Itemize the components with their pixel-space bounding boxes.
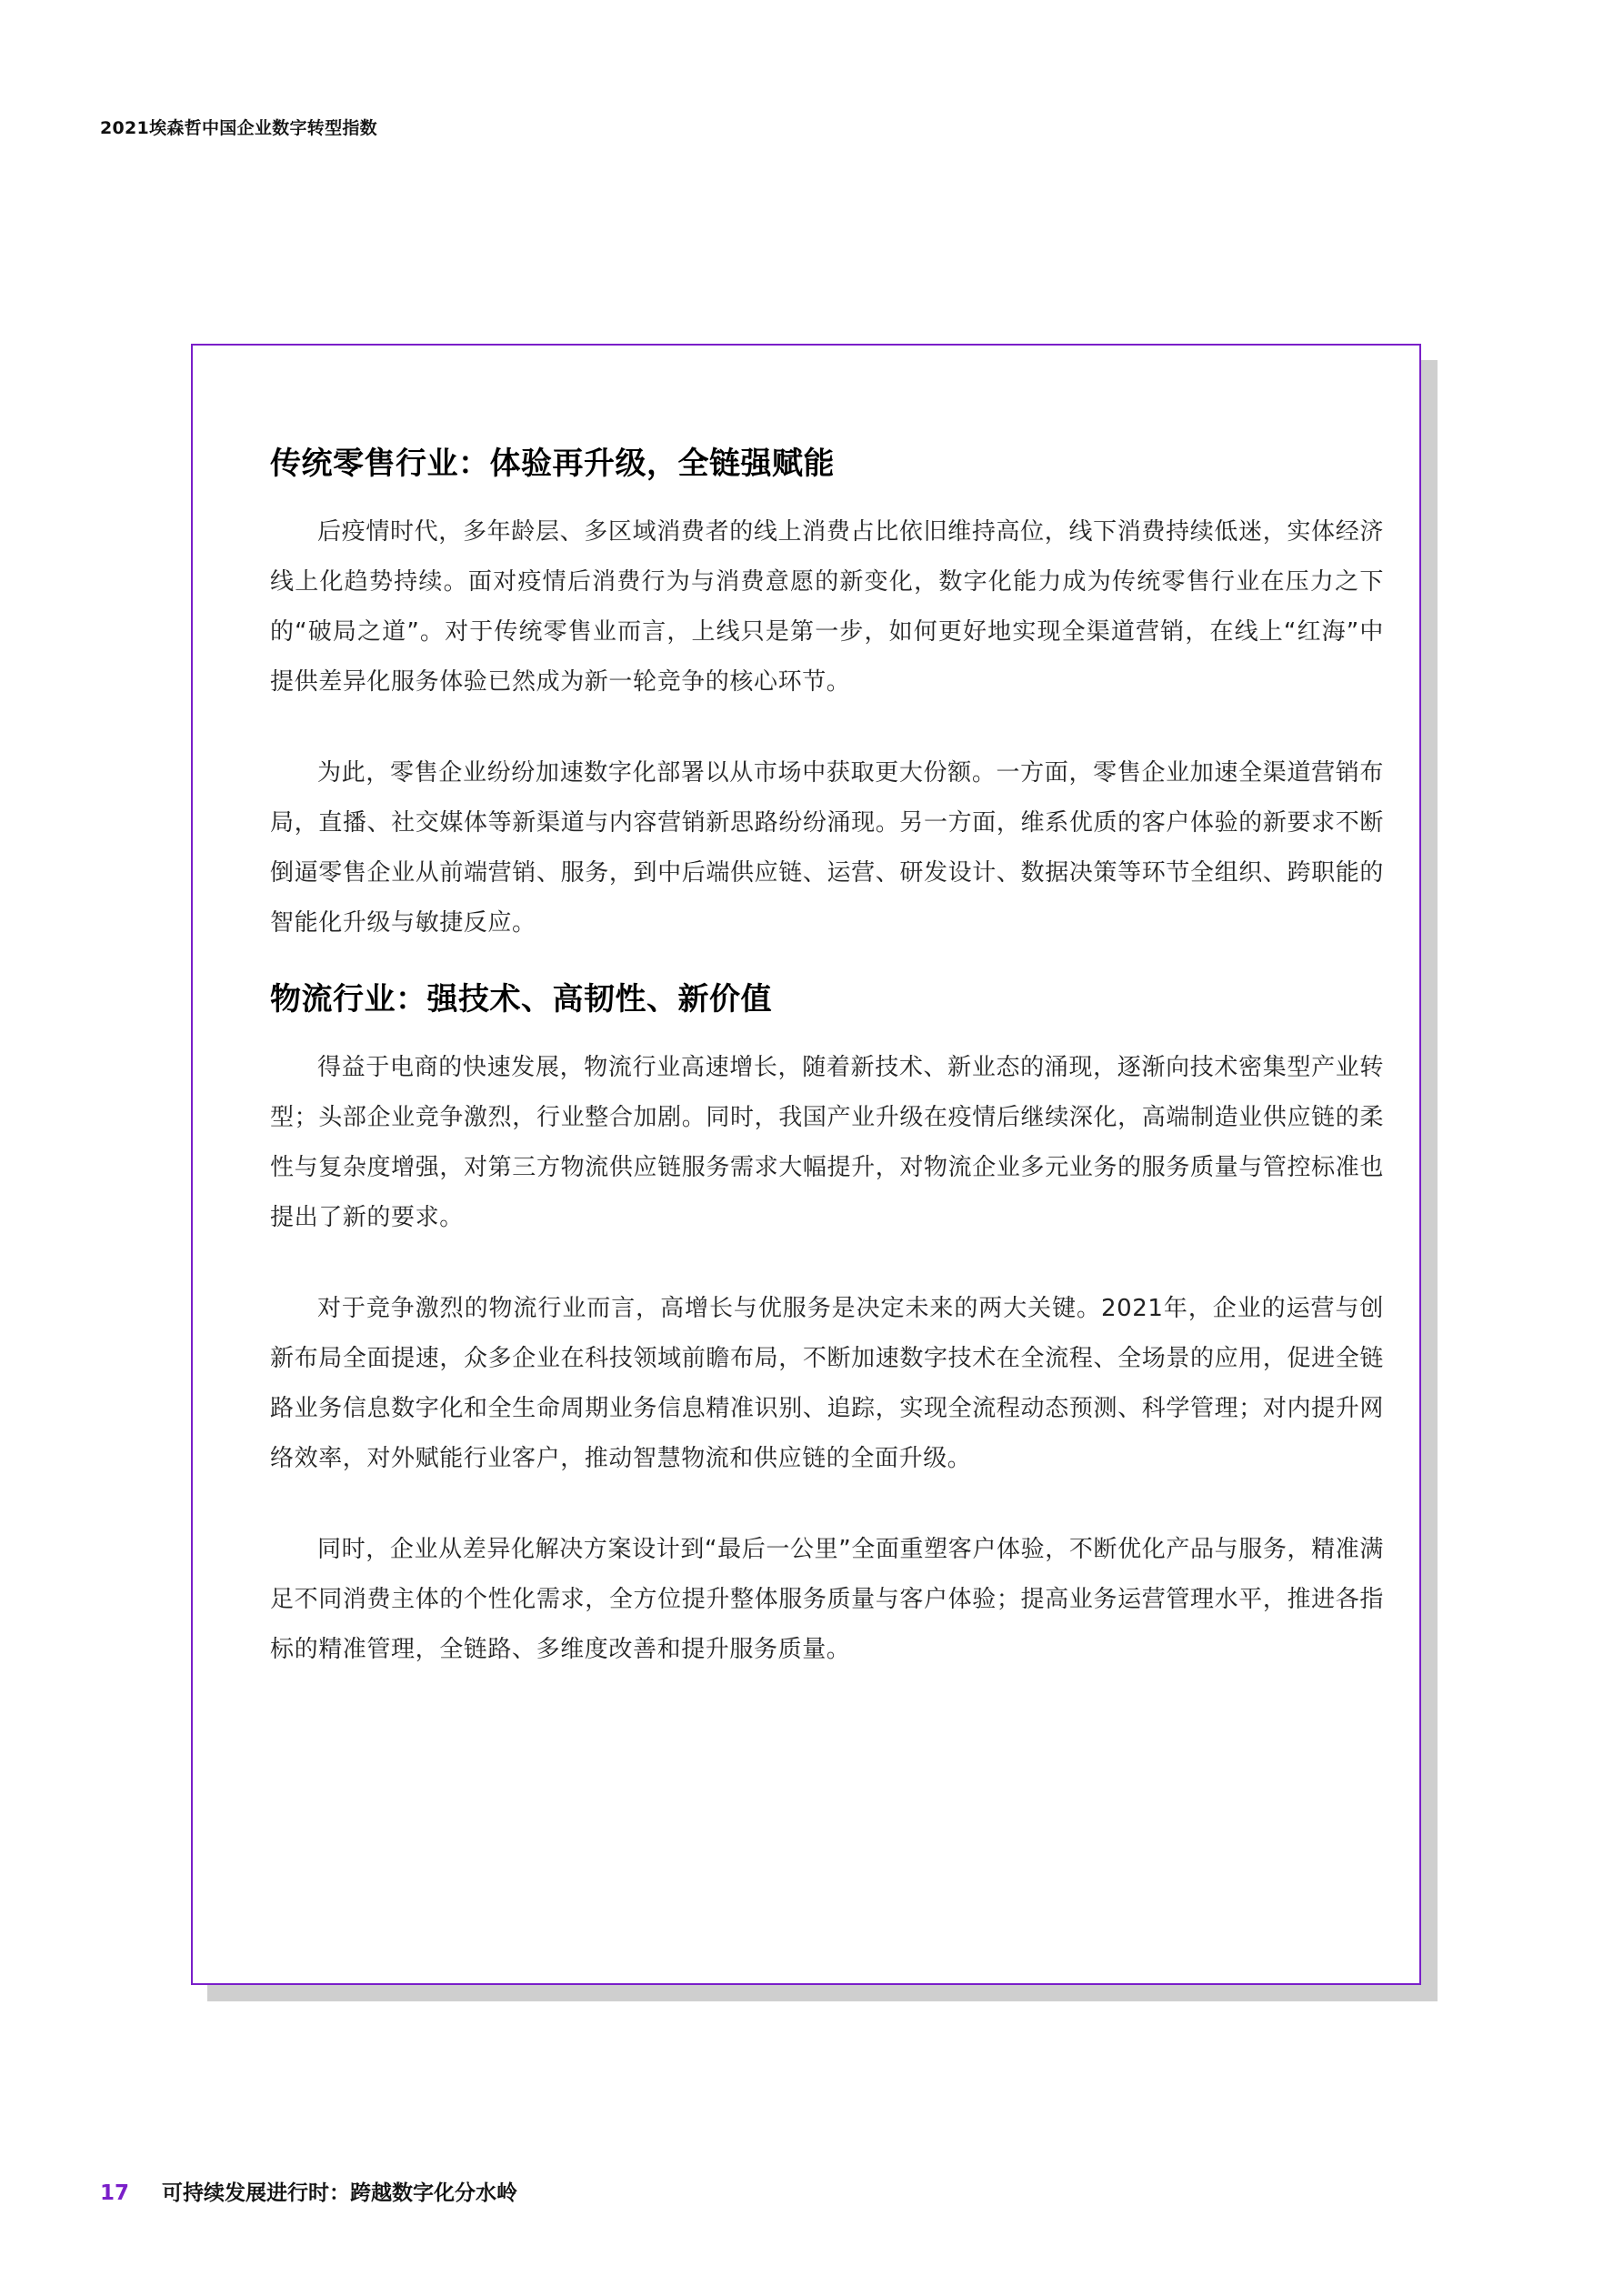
section-heading-logistics: 物流行业：强技术、高韧性、新价值: [270, 972, 1384, 1027]
page-footer: 17 可持续发展进行时：跨越数字化分水岭: [100, 2176, 517, 2206]
section-heading-retail: 传统零售行业：体验再升级，全链强赋能: [270, 436, 1384, 491]
section-logistics: 物流行业：强技术、高韧性、新价值 得益于电商的快速发展，物流行业高速增长，随着新…: [270, 972, 1384, 1675]
callout-content: 传统零售行业：体验再升级，全链强赋能 后疫情时代，多年龄层、多区域消费者的线上消…: [270, 436, 1384, 1675]
running-header: 2021埃森哲中国企业数字转型指数: [100, 115, 377, 139]
paragraph: 对于竞争激烈的物流行业而言，高增长与优服务是决定未来的两大关键。2021年，企业…: [270, 1284, 1384, 1484]
paragraph: 后疫情时代，多年龄层、多区域消费者的线上消费占比依旧维持高位，线下消费持续低迷，…: [270, 507, 1384, 707]
paragraph: 得益于电商的快速发展，物流行业高速增长，随着新技术、新业态的涌现，逐渐向技术密集…: [270, 1043, 1384, 1243]
paragraph: 同时，企业从差异化解决方案设计到“最后一公里”全面重塑客户体验，不断优化产品与服…: [270, 1525, 1384, 1675]
paragraph: 为此，零售企业纷纷加速数字化部署以从市场中获取更大份额。一方面，零售企业加速全渠…: [270, 748, 1384, 948]
footer-title: 可持续发展进行时：跨越数字化分水岭: [162, 2176, 517, 2206]
section-retail: 传统零售行业：体验再升级，全链强赋能 后疫情时代，多年龄层、多区域消费者的线上消…: [270, 436, 1384, 948]
page-number: 17: [100, 2181, 162, 2205]
